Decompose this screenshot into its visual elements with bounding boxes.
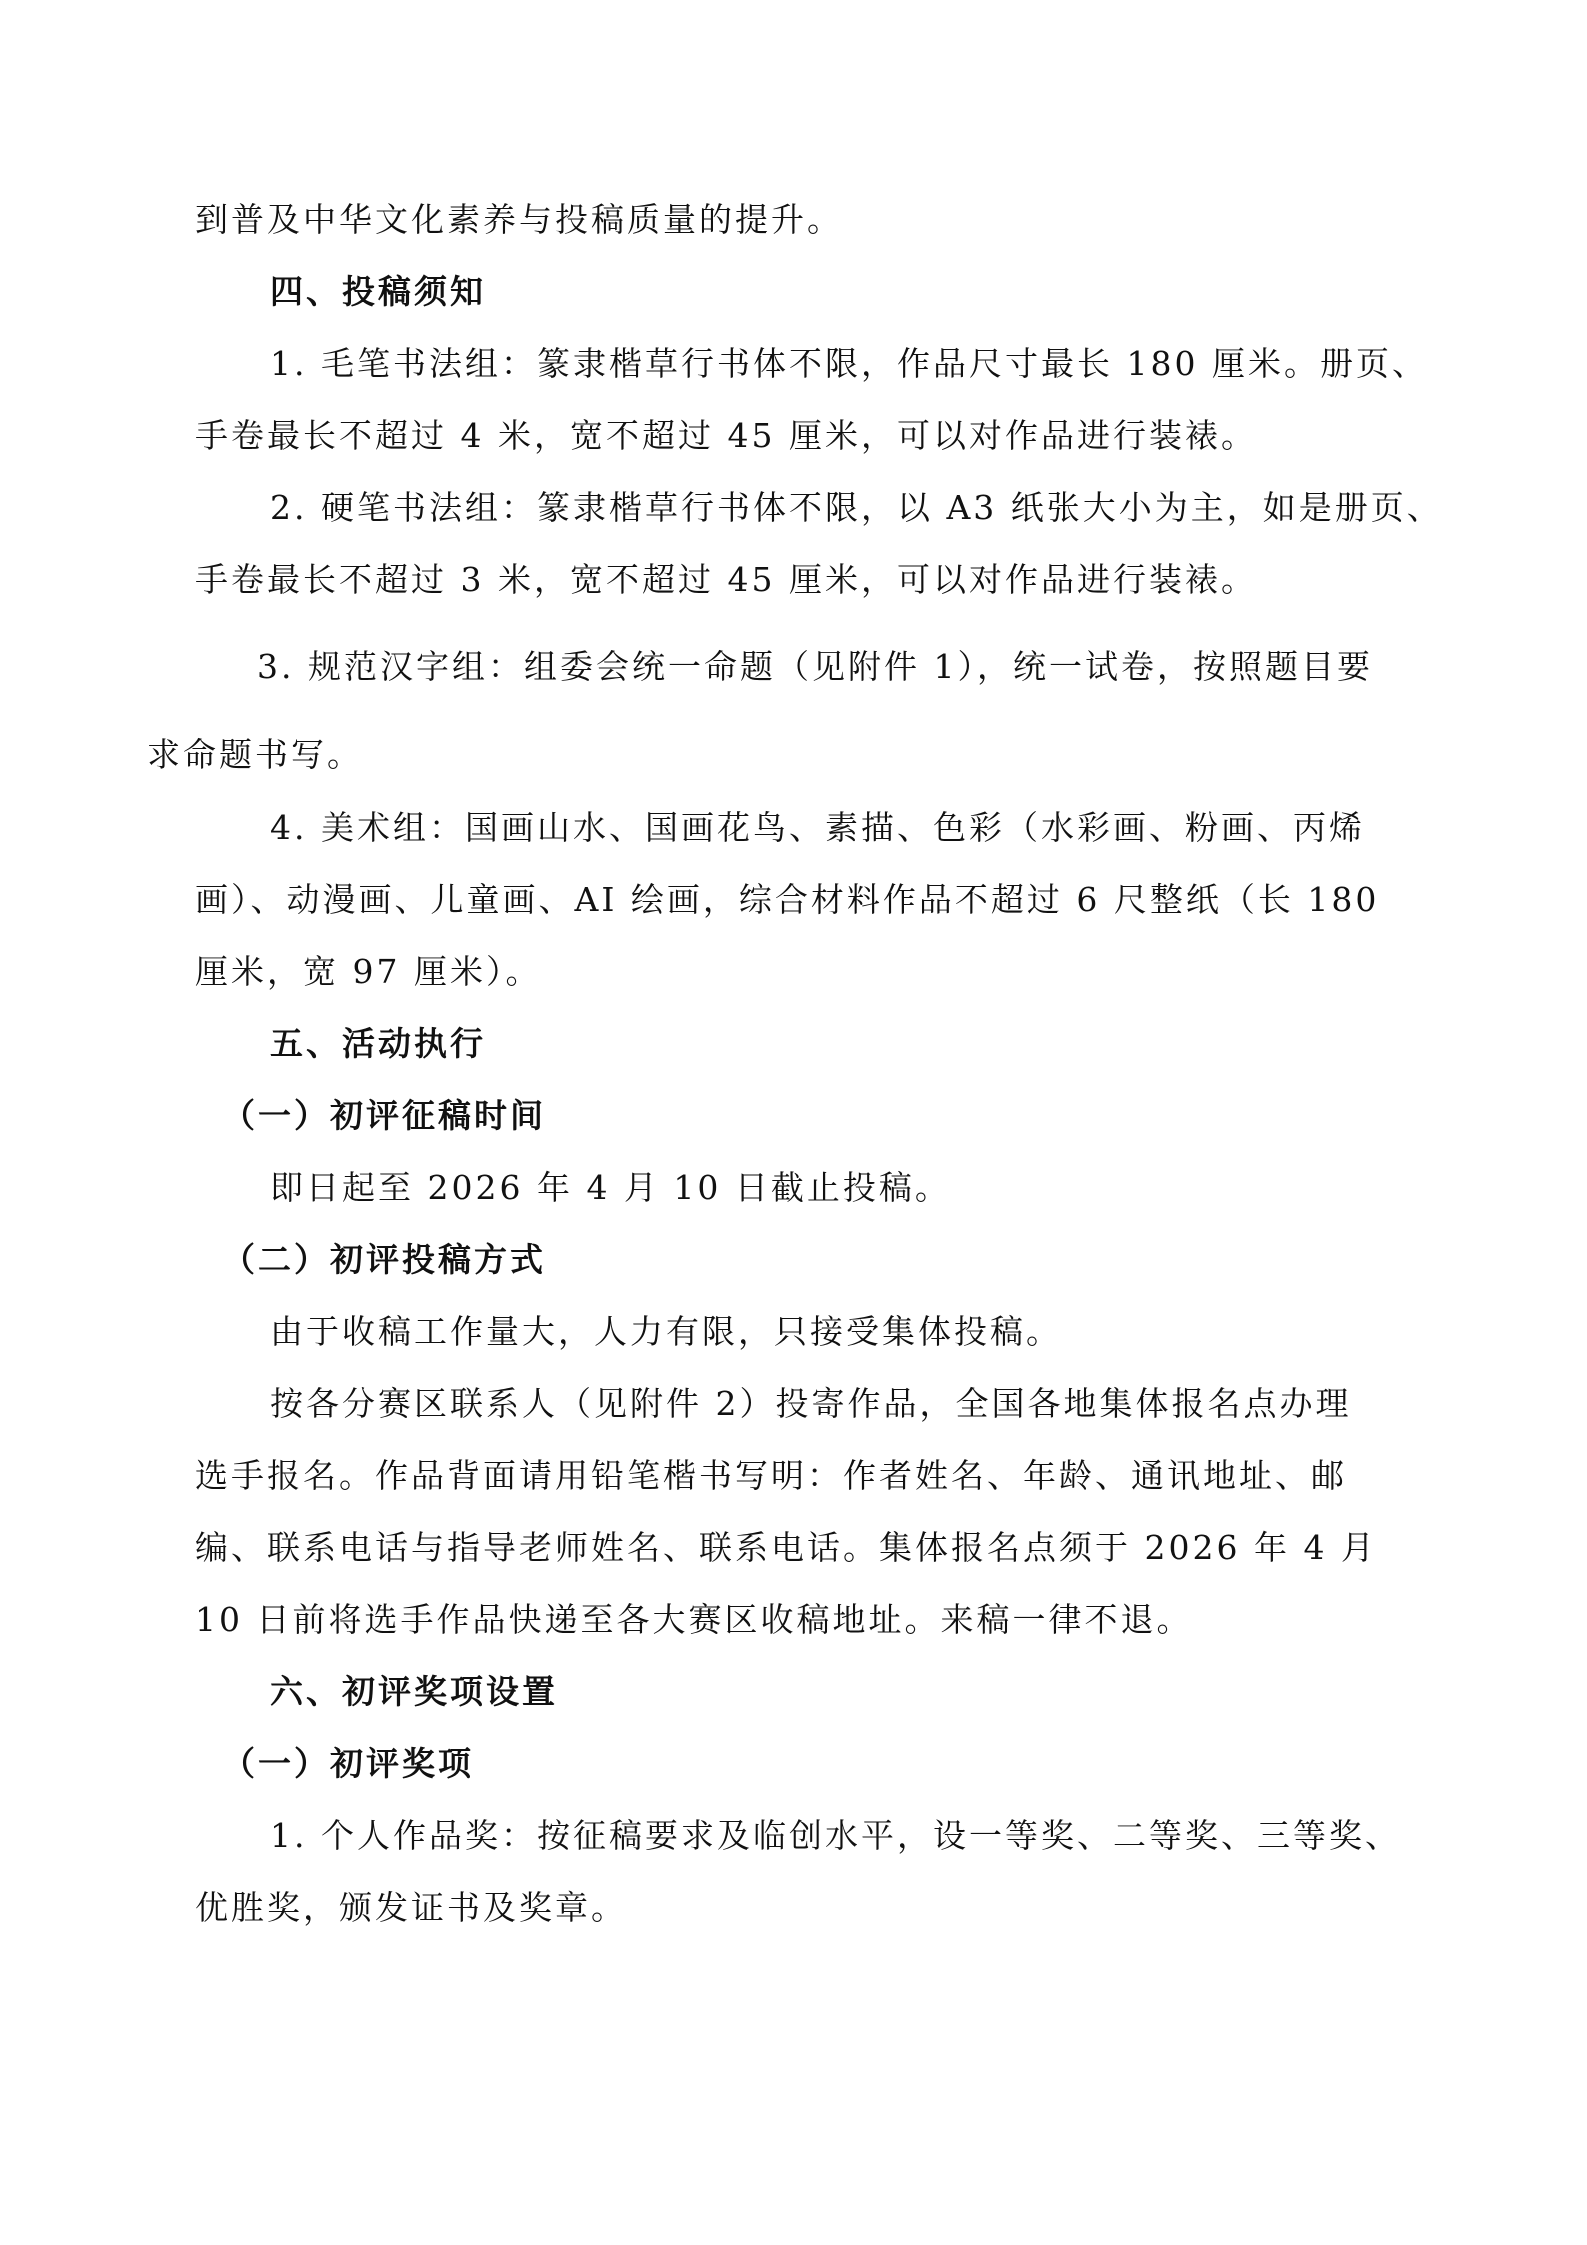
award-individual: 1. 个人作品奖：按征稿要求及临创水平，设一等奖、二等奖、三等奖、 [270, 1816, 1401, 1856]
subsection-heading-awards: （一）初评奖项 [222, 1744, 474, 1784]
item-art-group-cont2: 厘米，宽 97 厘米）。 [195, 952, 541, 992]
item-art-group-cont1: 画）、动漫画、儿童画、AI 绘画，综合材料作品不超过 6 尺整纸（长 180 [195, 880, 1379, 920]
submission-instructions-cont3: 10 日前将选手作品快递至各大赛区收稿地址。来稿一律不退。 [195, 1600, 1192, 1640]
section-heading-5: 五、活动执行 [270, 1024, 486, 1064]
section-heading-6: 六、初评奖项设置 [270, 1672, 558, 1712]
section-heading-4: 四、投稿须知 [270, 272, 486, 312]
subsection-heading-submission-method: （二）初评投稿方式 [222, 1240, 546, 1280]
item-hard-pen-calligraphy-cont: 手卷最长不超过 3 米，宽不超过 45 厘米，可以对作品进行装裱。 [195, 560, 1257, 600]
group-submission-note: 由于收稿工作量大，人力有限，只接受集体投稿。 [270, 1312, 1062, 1352]
document-page: 到普及中华文化素养与投稿质量的提升。 四、投稿须知 1. 毛笔书法组：篆隶楷草行… [0, 0, 1587, 2245]
item-brush-calligraphy-cont: 手卷最长不超过 4 米，宽不超过 45 厘米，可以对作品进行装裱。 [195, 416, 1257, 456]
submission-instructions: 按各分赛区联系人（见附件 2）投寄作品，全国各地集体报名点办理 [270, 1384, 1352, 1424]
item-standard-characters-cont: 求命题书写。 [147, 735, 363, 775]
item-art-group: 4. 美术组：国画山水、国画花鸟、素描、色彩（水彩画、粉画、丙烯 [270, 808, 1365, 848]
submission-deadline: 即日起至 2026 年 4 月 10 日截止投稿。 [270, 1168, 951, 1208]
item-standard-characters: 3. 规范汉字组：组委会统一命题（见附件 1），统一试卷，按照题目要 [257, 647, 1373, 687]
submission-instructions-cont1: 选手报名。作品背面请用铅笔楷书写明：作者姓名、年龄、通讯地址、邮 [195, 1456, 1347, 1496]
submission-instructions-cont2: 编、联系电话与指导老师姓名、联系电话。集体报名点须于 2026 年 4 月 [195, 1528, 1377, 1568]
paragraph-line-continuation: 到普及中华文化素养与投稿质量的提升。 [195, 200, 843, 240]
subsection-heading-submission-time: （一）初评征稿时间 [222, 1096, 546, 1136]
award-individual-cont: 优胜奖，颁发证书及奖章。 [195, 1888, 627, 1928]
item-brush-calligraphy: 1. 毛笔书法组：篆隶楷草行书体不限，作品尺寸最长 180 厘米。册页、 [270, 344, 1428, 384]
item-hard-pen-calligraphy: 2. 硬笔书法组：篆隶楷草行书体不限，以 A3 纸张大小为主，如是册页、 [270, 488, 1443, 528]
